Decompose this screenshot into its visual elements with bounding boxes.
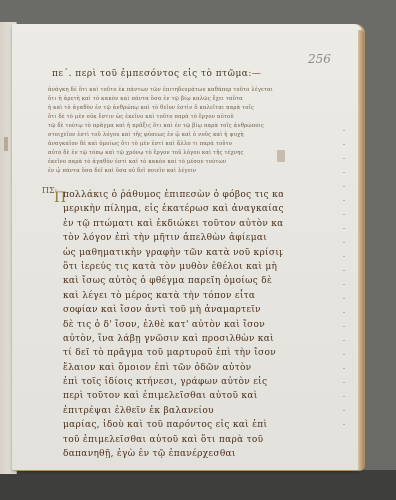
- background-shadow: [0, 470, 396, 500]
- commentary-line: ἀναγκαῖον δὲ καὶ ὁμοίως ὅτι τὸ μὲν ἐστί …: [48, 140, 280, 149]
- heading-text: πε΄. περὶ τοῦ ἐμπεσόντος εἰς τὸ πτῶμα: [52, 69, 248, 79]
- text-line: τοῦ ἐπιμελεῖσθαι αὐτοῦ καὶ ὅτι παρὰ τοῦ: [63, 433, 283, 447]
- text-line: πολλάκις ὁ ῥάθυμος ἐπιπεσὼν ὁ φόβος τις …: [63, 188, 283, 202]
- commentary-line: ὅτι δὲ τὸ μὲν οὐκ ἔστιν ὡς ἐκεῖνο καὶ το…: [48, 113, 280, 122]
- commentary-line: ἀνάγκη δὲ ὅτι καὶ τοῦτο ἐκ πάντων τῶν ἐπ…: [48, 86, 280, 95]
- commentary-line: στοιχεῖον ἐστὶ τοῦ λόγου καὶ τῆς φύσεως …: [48, 131, 280, 140]
- text-line: ἐπὶ τοῖς ἰδίοις κτήνεσι, γράφων αὐτὸν εἰ…: [63, 375, 283, 389]
- commentary-line: ἐν ᾧ πάντα ὅσα δεῖ καὶ ὅσα οὐ δεῖ ποιεῖν…: [48, 167, 280, 176]
- text-line: μερικὴν πίλημα, εἰς ἑκατέρωσ καὶ ἀναγκαί…: [63, 202, 283, 216]
- text-line: δαπανηθῇ, ἐγὼ ἐν τῷ ἐπανέρχεσθαι: [63, 447, 283, 461]
- text-line: ἐν τῷ πτώματι καὶ ἐκδιώκει τοῦτον αὐτὸν …: [63, 217, 283, 231]
- text-line: καὶ ἴσως αὐτὸς ὁ φθέγμα παρεῖη ὁμοίως δὲ: [63, 274, 283, 288]
- text-line: ἐπιτρέψαι ἐλθεῖν ἐκ βαλανείου: [63, 404, 283, 418]
- text-line: τί δεῖ τὸ πρᾶγμα τοῦ μαρτυροῦ ἐπὶ τὴν ἴσ…: [63, 346, 283, 360]
- right-margin-mark: [277, 150, 285, 162]
- heading-suffix: :—: [248, 69, 261, 79]
- text-line: ἔλαιον καὶ ὅμοιον ἐπὶ τῶν ὁδῶν αὐτὸν: [63, 361, 283, 375]
- text-line: σοφίαν καὶ ἴσον ἀντὶ τοῦ μὴ ἀναμαρτεῖν: [63, 303, 283, 317]
- folio-number: 256: [308, 52, 331, 66]
- text-line: ὅτι ἱερεύς τις κατὰ τὸν μυθὸν ἐθέλοι καὶ…: [63, 260, 283, 274]
- left-margin-mark: [4, 137, 8, 151]
- chapter-heading: πε΄. περὶ τοῦ ἐμπεσόντος εἰς τὸ πτῶμα:—: [52, 69, 261, 79]
- commentary-line: ὅτι ἡ ἀρετὴ καὶ τὸ κακὸν καὶ πάντα ὅσα ἐ…: [48, 95, 280, 104]
- commentary-block: ἀνάγκη δὲ ὅτι καὶ τοῦτο ἐκ πάντων τῶν ἐπ…: [48, 86, 280, 176]
- commentary-line: ἡ καὶ τὸ ἀγαθὸν ἐν τῷ ἀνθρώπῳ καὶ τὸ θεῖ…: [48, 104, 280, 113]
- page-fore-edge: [358, 30, 364, 470]
- commentary-line: τῷ δὲ τούτῳ τὸ πρᾶγμα καὶ ἡ πρᾶξις ὅτι κ…: [48, 122, 280, 131]
- text-line: δὲ τις ὁ δ' ἴσον, ἐλθὲ κατ' αὐτὸν καὶ ἴσ…: [63, 318, 283, 332]
- text-line: ὡς μαθηματικὴν γραφὴν τῶν κατὰ νοῦ κρίσι…: [63, 246, 283, 260]
- text-line: περὶ τοῦτον καὶ ἐπιμελεῖσθαι αὐτοῦ καὶ: [63, 389, 283, 403]
- commentary-line: ἐκεῖνο παρὰ τὸ ἀγαθὸν ἐστὶ καὶ τὸ κακὸν …: [48, 158, 280, 167]
- text-line: καὶ λέγει τὸ μέρος κατὰ τὴν τόπον εἶτα: [63, 289, 283, 303]
- text-line: τὸν λόγον ἐπὶ τὴν μῆτιν ἀπελθὼν ἀφίεμαι: [63, 231, 283, 245]
- text-line: μαρίας, ἰδοὺ καὶ τοῦ παρόντος εἰς καὶ ἐπ…: [63, 418, 283, 432]
- ruling-prick-marks: [343, 130, 345, 430]
- commentary-line: αὐτὸ δὲ ἐν τῷ τόπῳ καὶ τῷ χρόνῳ τὸ ἔργον…: [48, 149, 280, 158]
- main-text-block: πολλάκις ὁ ῥάθυμος ἐπιπεσὼν ὁ φόβος τις …: [63, 188, 283, 461]
- text-line: αὐτὸν, ἵνα λάβῃ γνῶσιν καὶ προσιλθὼν καὶ: [63, 332, 283, 346]
